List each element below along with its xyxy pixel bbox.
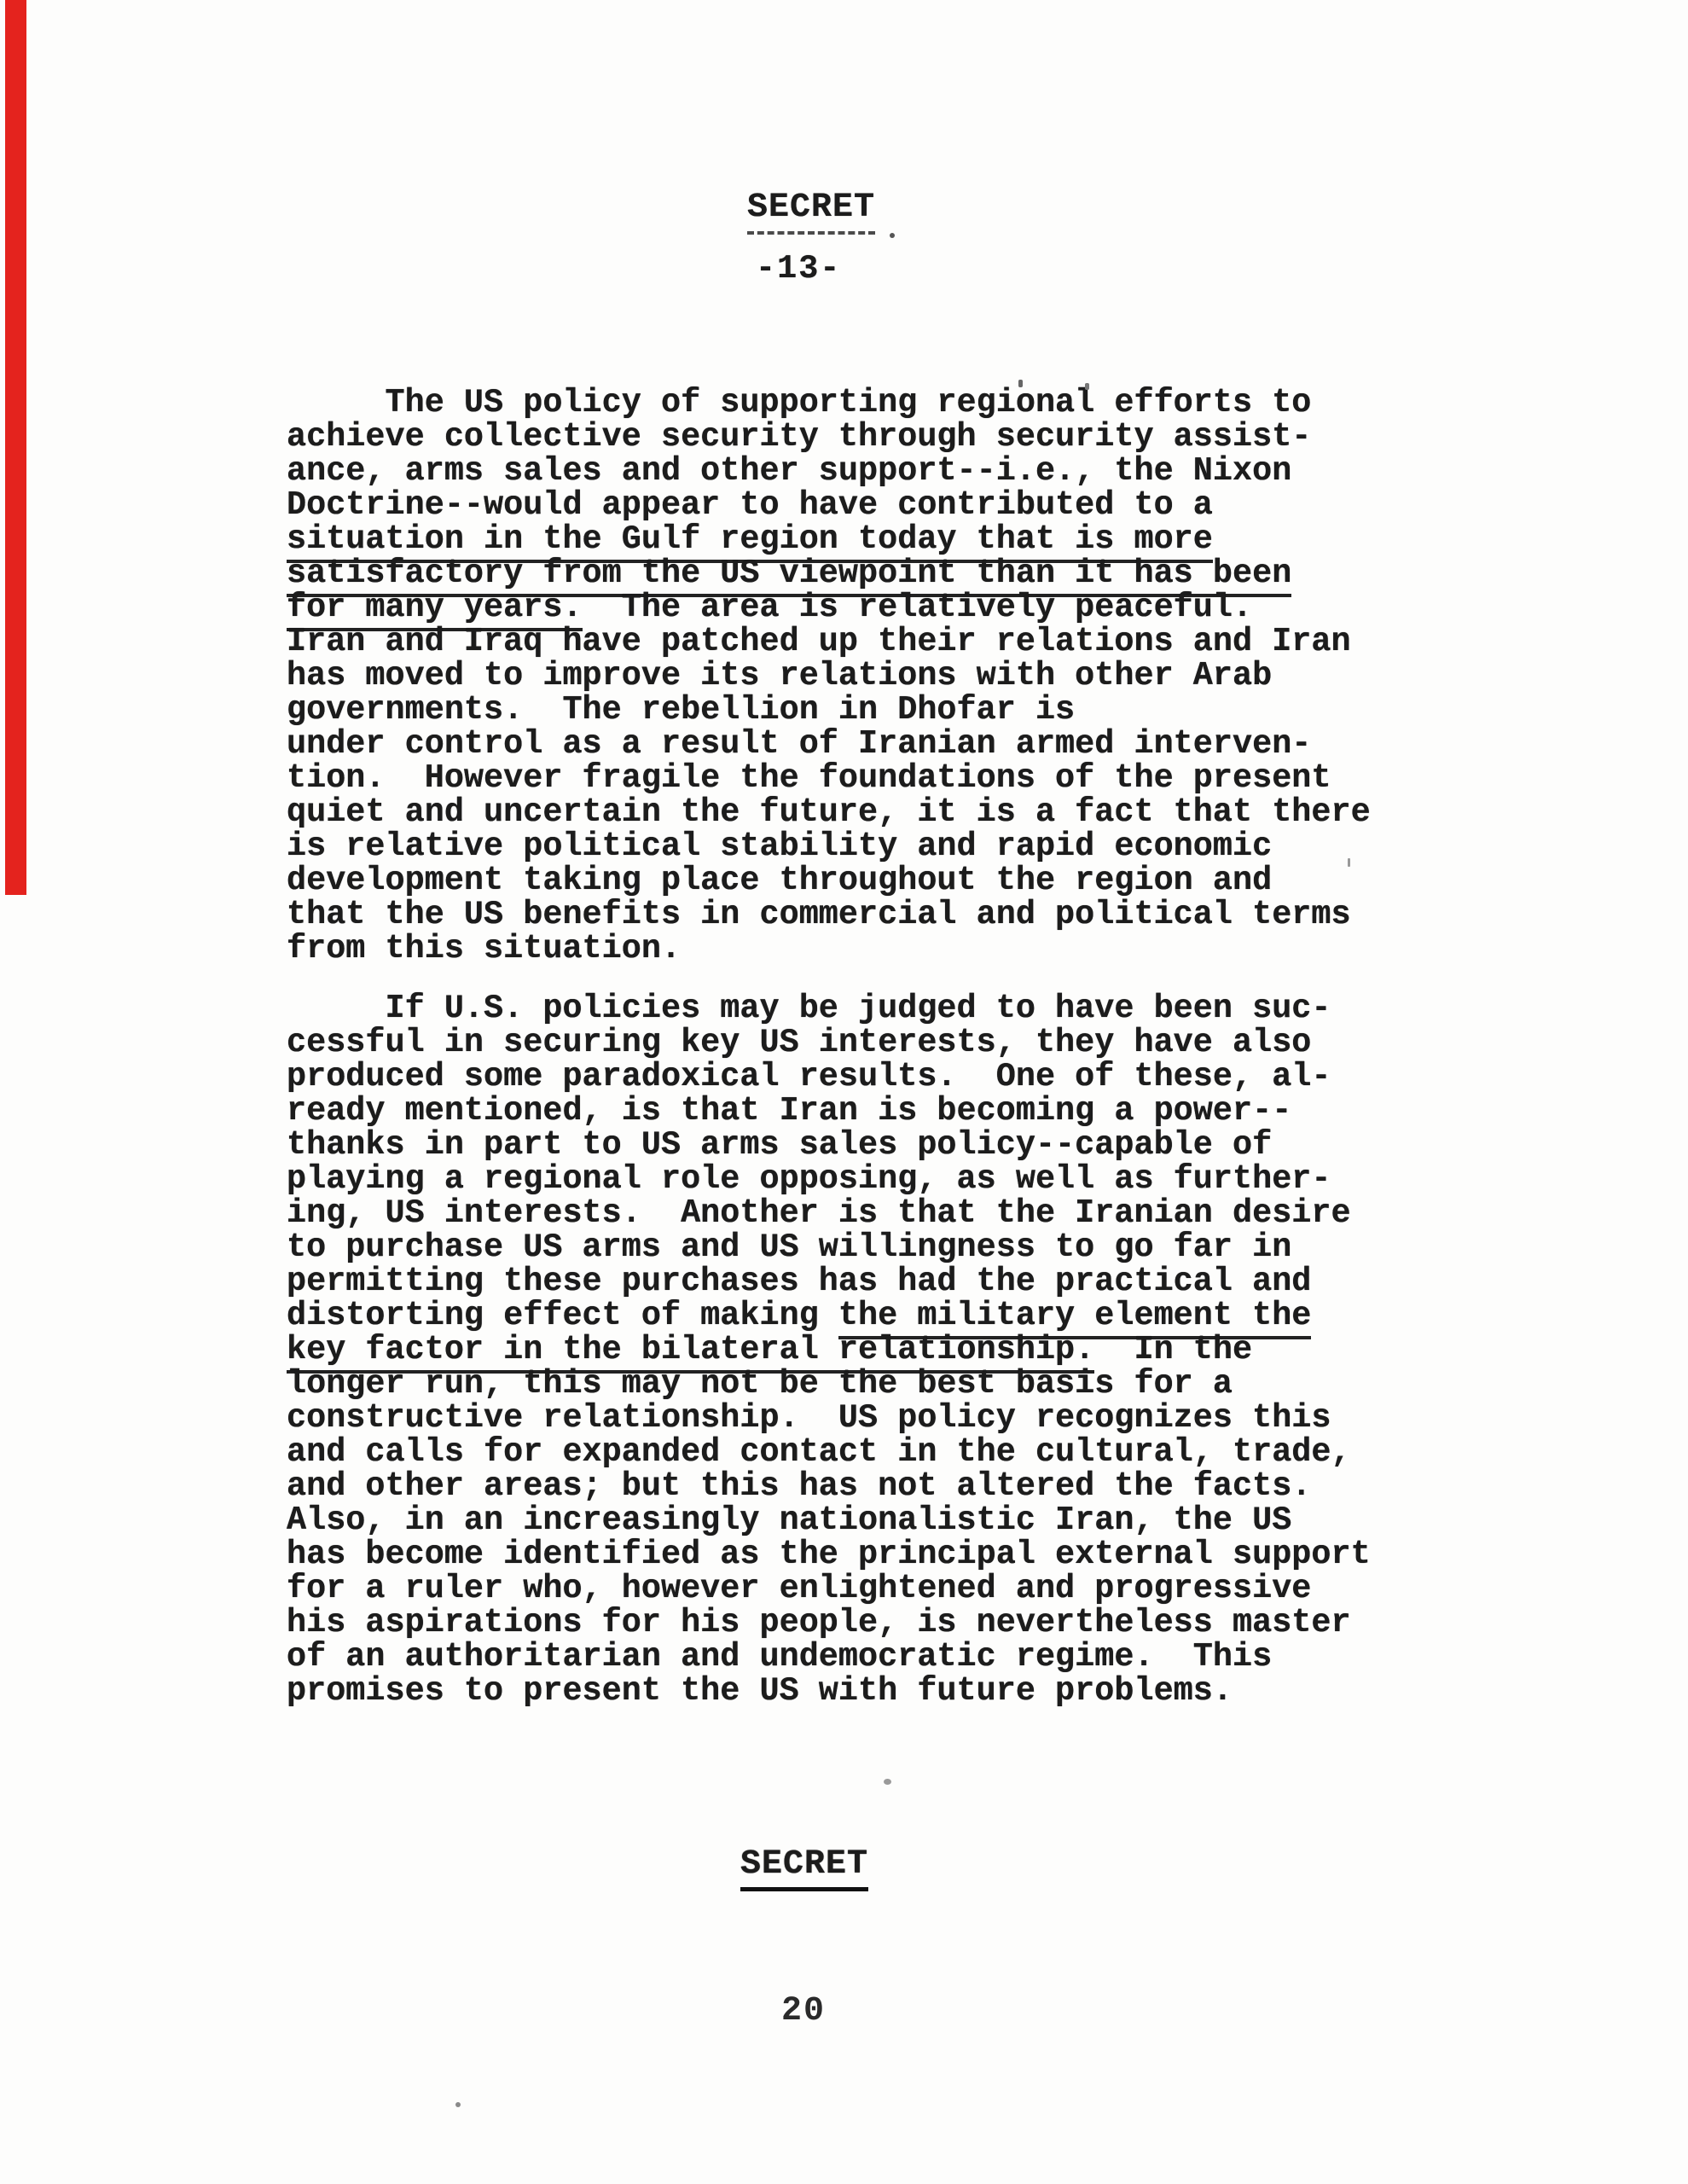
text-line: Also, in an increasingly nationalistic I… <box>287 1503 1498 1537</box>
text-segment: development taking place throughout the … <box>287 862 1272 899</box>
text-segment: of an authoritarian and undemocratic reg… <box>287 1638 1272 1676</box>
text-segment: that the US benefits in commercial and p… <box>287 896 1351 933</box>
text-line: and calls for expanded contact in the cu… <box>287 1435 1498 1469</box>
text-segment: permitting these purchases has had the p… <box>287 1263 1311 1300</box>
text-segment: Doctrine--would appear to have contribut… <box>287 486 1213 524</box>
text-segment: thanks in part to US arms sales policy--… <box>287 1126 1272 1164</box>
text-line: from this situation. <box>287 932 1498 966</box>
scan-speck <box>890 233 895 238</box>
scan-speck <box>1018 380 1023 387</box>
text-line: distorting effect of making the military… <box>287 1298 1498 1333</box>
text-segment: cessful in securing key US interests, th… <box>287 1024 1311 1061</box>
text-line: for a ruler who, however enlightened and… <box>287 1571 1498 1606</box>
text-line: his aspirations for his people, is never… <box>287 1606 1498 1640</box>
text-segment: promises to present the US with future p… <box>287 1672 1233 1710</box>
text-segment: is relative political stability and rapi… <box>287 828 1272 865</box>
classification-footer: SECRET <box>740 1845 868 1891</box>
classification-header: SECRET <box>747 189 875 235</box>
text-segment: ance, arms sales and other support--i.e.… <box>287 452 1291 490</box>
text-line: under control as a result of Iranian arm… <box>287 727 1498 761</box>
text-line: constructive relationship. US policy rec… <box>287 1401 1498 1435</box>
page-number-header: -13- <box>756 250 841 288</box>
text-line: produced some paradoxical results. One o… <box>287 1060 1498 1094</box>
text-segment: quiet and uncertain the future, it is a … <box>287 793 1371 831</box>
text-line: quiet and uncertain the future, it is a … <box>287 795 1498 829</box>
text-line: tion. However fragile the foundations of… <box>287 761 1498 795</box>
text-segment: In the <box>1094 1331 1252 1368</box>
text-segment: constructive relationship. US policy rec… <box>287 1399 1331 1437</box>
document-page: SECRET -13- The US policy of supporting … <box>0 0 1688 2184</box>
text-line: promises to present the US with future p… <box>287 1674 1498 1708</box>
text-segment: produced some paradoxical results. One o… <box>287 1058 1331 1095</box>
text-segment: has become identified as the principal e… <box>287 1536 1371 1573</box>
text-segment: from this situation. <box>287 930 681 967</box>
text-line: is relative political stability and rapi… <box>287 829 1498 863</box>
text-segment: The US policy of supporting regional eff… <box>287 384 1311 421</box>
text-line: Iran and Iraq have patched up their rela… <box>287 624 1498 659</box>
text-line: governments. The rebellion in Dhofar is <box>287 693 1498 727</box>
text-line: has moved to improve its relations with … <box>287 659 1498 693</box>
text-line: longer run, this may not be the best bas… <box>287 1367 1498 1401</box>
text-line: playing a regional role opposing, as wel… <box>287 1162 1498 1196</box>
document-body: The US policy of supporting regional eff… <box>287 386 1498 1708</box>
text-line: cessful in securing key US interests, th… <box>287 1025 1498 1060</box>
text-segment: ready mentioned, is that Iran is becomin… <box>287 1092 1291 1130</box>
text-line: permitting these purchases has had the p… <box>287 1264 1498 1298</box>
text-segment: ing, US interests. Another is that the I… <box>287 1194 1351 1232</box>
scan-speck <box>1085 383 1089 390</box>
text-line: ing, US interests. Another is that the I… <box>287 1196 1498 1230</box>
text-line: The US policy of supporting regional eff… <box>287 386 1498 420</box>
text-line: ready mentioned, is that Iran is becomin… <box>287 1094 1498 1128</box>
text-segment: to purchase US arms and US willingness t… <box>287 1228 1291 1266</box>
text-line: development taking place throughout the … <box>287 863 1498 897</box>
text-segment: Also, in an increasingly nationalistic I… <box>287 1501 1291 1539</box>
paragraph: The US policy of supporting regional eff… <box>287 386 1498 966</box>
text-line: for many years. The area is relatively p… <box>287 590 1498 624</box>
text-line: thanks in part to US arms sales policy--… <box>287 1128 1498 1162</box>
text-line: ance, arms sales and other support--i.e.… <box>287 454 1498 488</box>
scan-edge-red-stripe <box>5 0 26 895</box>
text-segment: distorting effect of making <box>287 1297 838 1334</box>
text-line: achieve collective security through secu… <box>287 420 1498 454</box>
scan-speck <box>1348 858 1350 867</box>
text-line: situation in the Gulf region today that … <box>287 522 1498 556</box>
text-segment: achieve collective security through secu… <box>287 418 1311 456</box>
text-line: to purchase US arms and US willingness t… <box>287 1230 1498 1264</box>
scan-speck <box>455 2102 461 2107</box>
text-segment: for a ruler who, however enlightened and… <box>287 1570 1311 1607</box>
text-segment: longer run, this may not be the best bas… <box>287 1365 1233 1403</box>
text-line: and other areas; but this has not altere… <box>287 1469 1498 1503</box>
text-segment: has moved to improve its relations with … <box>287 657 1272 694</box>
text-line: that the US benefits in commercial and p… <box>287 897 1498 932</box>
text-segment: under control as a result of Iranian arm… <box>287 725 1311 763</box>
text-line: If U.S. policies may be judged to have b… <box>287 991 1498 1025</box>
text-segment: governments. The rebellion in Dhofar is <box>287 691 1075 729</box>
text-segment: The area is relatively peaceful. <box>583 589 1253 626</box>
text-line: has become identified as the principal e… <box>287 1537 1498 1571</box>
scan-speck <box>884 1779 891 1785</box>
text-line: key factor in the bilateral relationship… <box>287 1333 1498 1367</box>
text-line: of an authoritarian and undemocratic reg… <box>287 1640 1498 1674</box>
text-segment: and calls for expanded contact in the cu… <box>287 1433 1351 1471</box>
text-line: Doctrine--would appear to have contribut… <box>287 488 1498 522</box>
text-line: satisfactory from the US viewpoint than … <box>287 556 1498 590</box>
page-number-footer: 20 <box>781 1992 826 2030</box>
paragraph: If U.S. policies may be judged to have b… <box>287 991 1498 1708</box>
text-segment: If U.S. policies may be judged to have b… <box>287 990 1331 1027</box>
text-segment: Iran and Iraq have patched up their rela… <box>287 623 1351 660</box>
text-segment: playing a regional role opposing, as wel… <box>287 1160 1331 1198</box>
text-segment: his aspirations for his people, is never… <box>287 1604 1351 1641</box>
text-segment: tion. However fragile the foundations of… <box>287 759 1331 797</box>
text-segment: and other areas; but this has not altere… <box>287 1467 1311 1505</box>
